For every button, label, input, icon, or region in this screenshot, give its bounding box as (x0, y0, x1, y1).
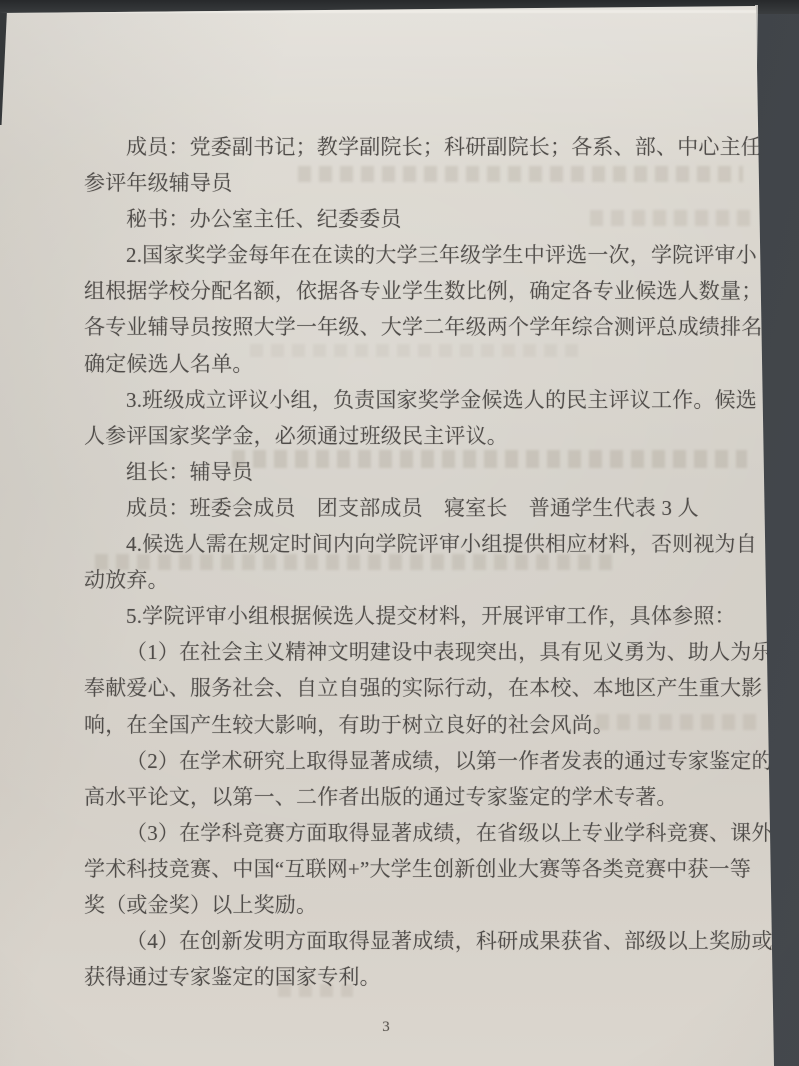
text-line: 成员：党委副书记；教学副院长；科研副院长；各系、部、中心主任； (84, 129, 760, 165)
text-line: 5.学院评审小组根据候选人提交材料，开展评审工作，具体参照： (84, 598, 760, 634)
text-line: 奖（或金奖）以上奖励。 (84, 887, 760, 923)
text-line: 各专业辅导员按照大学一年级、大学二年级两个学年综合测评总成绩排名， (84, 309, 760, 345)
text-line: 秘书：办公室主任、纪委委员 (84, 201, 760, 237)
text-line: 奉献爱心、服务社会、自立自强的实际行动，在本校、本地区产生重大影 (84, 670, 760, 706)
text-line: （4）在创新发明方面取得显著成绩，科研成果获省、部级以上奖励或 (84, 923, 760, 959)
text-line: 2.国家奖学金每年在在读的大学三年级学生中评选一次，学院评审小 (84, 237, 760, 273)
text-line: 确定候选人名单。 (84, 346, 760, 382)
text-line: （1）在社会主义精神文明建设中表现突出，具有见义勇为、助人为乐、 (84, 634, 760, 670)
text-line: 成员：班委会成员 团支部成员 寝室长 普通学生代表 3 人 (84, 490, 760, 526)
text-line: 组根据学校分配名额，依据各专业学生数比例，确定各专业候选人数量； (84, 273, 760, 309)
text-line: 学术科技竞赛、中国“互联网+”大学生创新创业大赛等各类竞赛中获一等 (84, 851, 760, 887)
text-line: （2）在学术研究上取得显著成绩，以第一作者发表的通过专家鉴定的 (84, 743, 760, 779)
text-line: （3）在学科竞赛方面取得显著成绩，在省级以上专业学科竞赛、课外 (84, 815, 760, 851)
text-line: 获得通过专家鉴定的国家专利。 (84, 959, 760, 995)
text-line: 响，在全国产生较大影响，有助于树立良好的社会风尚。 (84, 707, 760, 743)
document-page: 成员：党委副书记；教学副院长；科研副院长；各系、部、中心主任；参评年级辅导员秘书… (0, 0, 799, 1066)
page-number: 3 (0, 1019, 772, 1036)
text-line: 参评年级辅导员 (84, 165, 760, 201)
text-line: 3.班级成立评议小组，负责国家奖学金候选人的民主评议工作。候选 (84, 382, 760, 418)
paper-corner-shadow (0, 10, 7, 125)
photo-background: 成员：党委副书记；教学副院长；科研副院长；各系、部、中心主任；参评年级辅导员秘书… (0, 0, 799, 1066)
text-line: 4.候选人需在规定时间内向学院评审小组提供相应材料，否则视为自 (84, 526, 760, 562)
text-line: 人参评国家奖学金，必须通过班级民主评议。 (84, 418, 760, 454)
document-body: 成员：党委副书记；教学副院长；科研副院长；各系、部、中心主任；参评年级辅导员秘书… (84, 129, 760, 995)
text-line: 动放弃。 (84, 562, 760, 598)
text-line: 高水平论文，以第一、二作者出版的通过专家鉴定的学术专著。 (84, 779, 760, 815)
text-line: 组长：辅导员 (84, 454, 760, 490)
